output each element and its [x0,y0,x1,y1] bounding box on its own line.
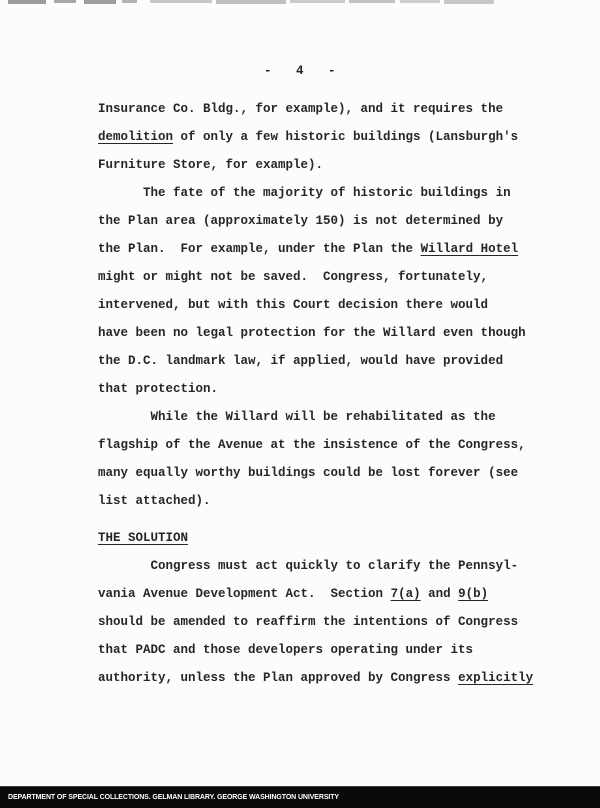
text-line: Furniture Store, for example). [98,151,538,179]
scan-mark [122,0,137,3]
scan-mark [8,0,46,4]
text-line: might or might not be saved. Congress, f… [98,263,538,291]
text-line: Congress must act quickly to clarify the… [98,552,538,580]
text-segment: While the Willard will be rehabilitated … [98,410,496,424]
document-body: Insurance Co. Bldg., for example), and i… [98,95,538,692]
scan-mark [349,0,395,3]
text-segment: the D.C. landmark law, if applied, would… [98,354,503,368]
scan-mark [84,0,116,4]
text-line: flagship of the Avenue at the insistence… [98,431,538,459]
underlined-text: Willard Hotel [421,242,519,256]
text-segment: authority, unless the Plan approved by C… [98,671,458,685]
text-segment: many equally worthy buildings could be l… [98,466,518,480]
scan-mark [54,0,76,3]
underlined-text: 7(a) [391,587,421,601]
text-segment: Insurance Co. Bldg., for example), and i… [98,102,503,116]
scan-mark [444,0,494,4]
text-segment: intervened, but with this Court decision… [98,298,488,312]
scan-artifact-top [0,0,600,6]
underlined-text: THE SOLUTION [98,531,188,545]
text-line: the Plan area (approximately 150) is not… [98,207,538,235]
scan-mark [150,0,212,3]
scan-mark [290,0,345,3]
text-segment: should be amended to reaffirm the intent… [98,615,518,629]
text-segment: the Plan. For example, under the Plan th… [98,242,421,256]
footer-label: DEPARTMENT OF SPECIAL COLLECTIONS. GELMA… [0,794,339,801]
text-line: authority, unless the Plan approved by C… [98,664,538,692]
footer-bar: DEPARTMENT OF SPECIAL COLLECTIONS. GELMA… [0,786,600,808]
scan-mark [216,0,286,4]
page-number: - 4 - [0,62,600,80]
text-segment: have been no legal protection for the Wi… [98,326,526,340]
text-line: THE SOLUTION [98,524,538,552]
text-segment: list attached). [98,494,211,508]
text-line: that protection. [98,375,538,403]
text-line: The fate of the majority of historic bui… [98,179,538,207]
text-line: have been no legal protection for the Wi… [98,319,538,347]
text-segment: that protection. [98,382,218,396]
underlined-text: demolition [98,130,173,144]
text-line: the Plan. For example, under the Plan th… [98,235,538,263]
text-segment: The fate of the majority of historic bui… [98,186,511,200]
scan-mark [400,0,440,3]
text-line: should be amended to reaffirm the intent… [98,608,538,636]
text-segment: vania Avenue Development Act. Section [98,587,391,601]
text-line: vania Avenue Development Act. Section 7(… [98,580,538,608]
text-segment: and [421,587,459,601]
text-segment: flagship of the Avenue at the insistence… [98,438,526,452]
text-segment: Congress must act quickly to clarify the… [98,559,518,573]
underlined-text: explicitly [458,671,533,685]
text-line: the D.C. landmark law, if applied, would… [98,347,538,375]
text-line: many equally worthy buildings could be l… [98,459,538,487]
text-segment: Furniture Store, for example). [98,158,323,172]
text-segment: that PADC and those developers operating… [98,643,473,657]
text-line: that PADC and those developers operating… [98,636,538,664]
text-segment: of only a few historic buildings (Lansbu… [173,130,518,144]
text-line: list attached). [98,487,538,515]
text-segment: the Plan area (approximately 150) is not… [98,214,503,228]
underlined-text: 9(b) [458,587,488,601]
text-line: demolition of only a few historic buildi… [98,123,538,151]
text-line: Insurance Co. Bldg., for example), and i… [98,95,538,123]
text-line: While the Willard will be rehabilitated … [98,403,538,431]
text-segment: might or might not be saved. Congress, f… [98,270,488,284]
text-line: intervened, but with this Court decision… [98,291,538,319]
document-page: - 4 - Insurance Co. Bldg., for example),… [0,0,600,808]
